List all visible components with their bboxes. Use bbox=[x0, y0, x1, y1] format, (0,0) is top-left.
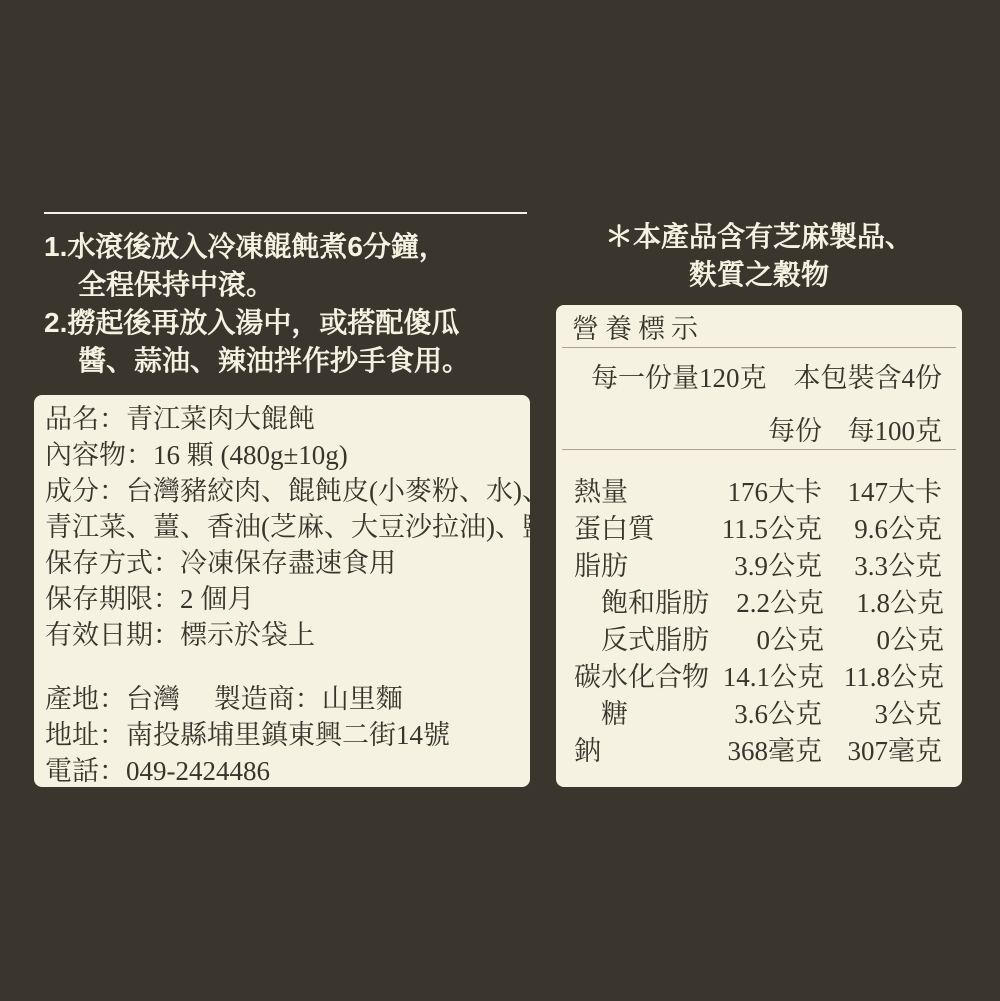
rule bbox=[562, 347, 956, 348]
shelf-life-line: 保存期限：2 個月 bbox=[45, 581, 522, 617]
nutrition-header: 每份 每100克 bbox=[556, 416, 962, 446]
nutrient-per-100g: 1.8公克 bbox=[824, 585, 944, 622]
cooking-instructions: 1.水滾後放入冷凍餛飩煮6分鐘， 全程保持中滾。 2.撈起後再放入湯中，或搭配傻… bbox=[44, 222, 536, 380]
ingredients-line: 青江菜、薑、香油(芝麻、大豆沙拉油)、鹽 bbox=[45, 509, 522, 545]
column-per-serving: 每份 bbox=[707, 416, 822, 446]
nutrition-row: 鈉 368毫克 307毫克 bbox=[556, 733, 962, 770]
nutrition-row: 熱量 176大卡 147大卡 bbox=[556, 474, 962, 511]
nutrient-label: 鈉 bbox=[574, 733, 707, 770]
nutrient-per-100g: 147大卡 bbox=[822, 474, 942, 511]
nutrition-row: 糖 3.6公克 3公克 bbox=[556, 696, 962, 733]
spacer-line bbox=[45, 653, 522, 681]
nutrition-facts-box: 營養標示 每一份量120克 本包裝含4份 每份 每100克 熱量 176大卡 1… bbox=[556, 305, 962, 787]
nutrient-label: 飽和脂肪 bbox=[574, 585, 709, 622]
nutrient-per-100g: 3公克 bbox=[822, 696, 942, 733]
nutrition-row: 碳水化合物 14.1公克 11.8公克 bbox=[556, 659, 962, 696]
nutrient-label: 反式脂肪 bbox=[574, 622, 709, 659]
nutrient-per-serving: 368毫克 bbox=[707, 733, 822, 770]
instruction-line: 1.水滾後放入冷凍餛飩煮6分鐘， bbox=[44, 228, 536, 266]
allergen-line: 麩質之穀物 bbox=[556, 256, 962, 294]
nutrient-per-serving: 176大卡 bbox=[707, 474, 822, 511]
instruction-line: 全程保持中滾。 bbox=[44, 266, 536, 304]
allergen-notice: ＊本產品含有芝麻製品、 麩質之穀物 bbox=[556, 216, 962, 294]
nutrient-label: 蛋白質 bbox=[574, 511, 707, 548]
nutrient-per-serving: 14.1公克 bbox=[709, 659, 824, 696]
nutrient-label: 脂肪 bbox=[574, 548, 707, 585]
rule bbox=[562, 449, 956, 450]
nutrient-per-serving: 3.9公克 bbox=[707, 548, 822, 585]
allergen-line: ＊本產品含有芝麻製品、 bbox=[556, 218, 962, 256]
nutrient-per-serving: 0公克 bbox=[709, 622, 824, 659]
nutrition-row: 反式脂肪 0公克 0公克 bbox=[556, 622, 962, 659]
column-per-100g: 每100克 bbox=[822, 416, 942, 446]
nutrition-title: 營養標示 bbox=[556, 313, 962, 345]
nutrition-row: 飽和脂肪 2.2公克 1.8公克 bbox=[556, 585, 962, 622]
nutrient-per-serving: 3.6公克 bbox=[707, 696, 822, 733]
nutrient-label: 糖 bbox=[574, 696, 707, 733]
phone-line: 電話：049-2424486 bbox=[45, 753, 522, 787]
serving-info: 每一份量120克 本包裝含4份 bbox=[556, 360, 962, 396]
nutrient-per-100g: 307毫克 bbox=[822, 733, 942, 770]
storage-method-line: 保存方式：冷凍保存盡速食用 bbox=[45, 545, 522, 581]
nutrient-label: 碳水化合物 bbox=[574, 659, 709, 696]
nutrient-per-serving: 11.5公克 bbox=[707, 511, 822, 548]
nutrient-per-100g: 3.3公克 bbox=[822, 548, 942, 585]
nutrient-per-100g: 11.8公克 bbox=[824, 659, 944, 696]
contents-line: 內容物：16 顆 (480g±10g) bbox=[45, 437, 522, 473]
nutrient-per-serving: 2.2公克 bbox=[709, 585, 824, 622]
instruction-line: 醬、蒜油、辣油拌作抄手食用。 bbox=[44, 342, 536, 380]
product-name-line: 品名：青江菜肉大餛飩 bbox=[45, 401, 522, 437]
top-divider bbox=[44, 212, 527, 214]
nutrition-row: 蛋白質 11.5公克 9.6公克 bbox=[556, 511, 962, 548]
nutrition-row: 脂肪 3.9公克 3.3公克 bbox=[556, 548, 962, 585]
nutrient-per-100g: 0公克 bbox=[824, 622, 944, 659]
origin-manufacturer-line: 產地：台灣 製造商：山里麵 bbox=[45, 681, 522, 717]
expiry-date-line: 有效日期：標示於袋上 bbox=[45, 617, 522, 653]
nutrient-label: 熱量 bbox=[574, 474, 707, 511]
nutrition-table: 熱量 176大卡 147大卡 蛋白質 11.5公克 9.6公克 脂肪 3.9公克… bbox=[556, 474, 962, 770]
product-info-box: 品名：青江菜肉大餛飩 內容物：16 顆 (480g±10g) 成分：台灣豬絞肉、… bbox=[34, 395, 530, 787]
instruction-line: 2.撈起後再放入湯中，或搭配傻瓜 bbox=[44, 304, 536, 342]
ingredients-line: 成分：台灣豬絞肉、餛飩皮(小麥粉、水)、 bbox=[45, 473, 522, 509]
nutrient-per-100g: 9.6公克 bbox=[822, 511, 942, 548]
address-line: 地址：南投縣埔里鎮東興二街14號 bbox=[45, 717, 522, 753]
